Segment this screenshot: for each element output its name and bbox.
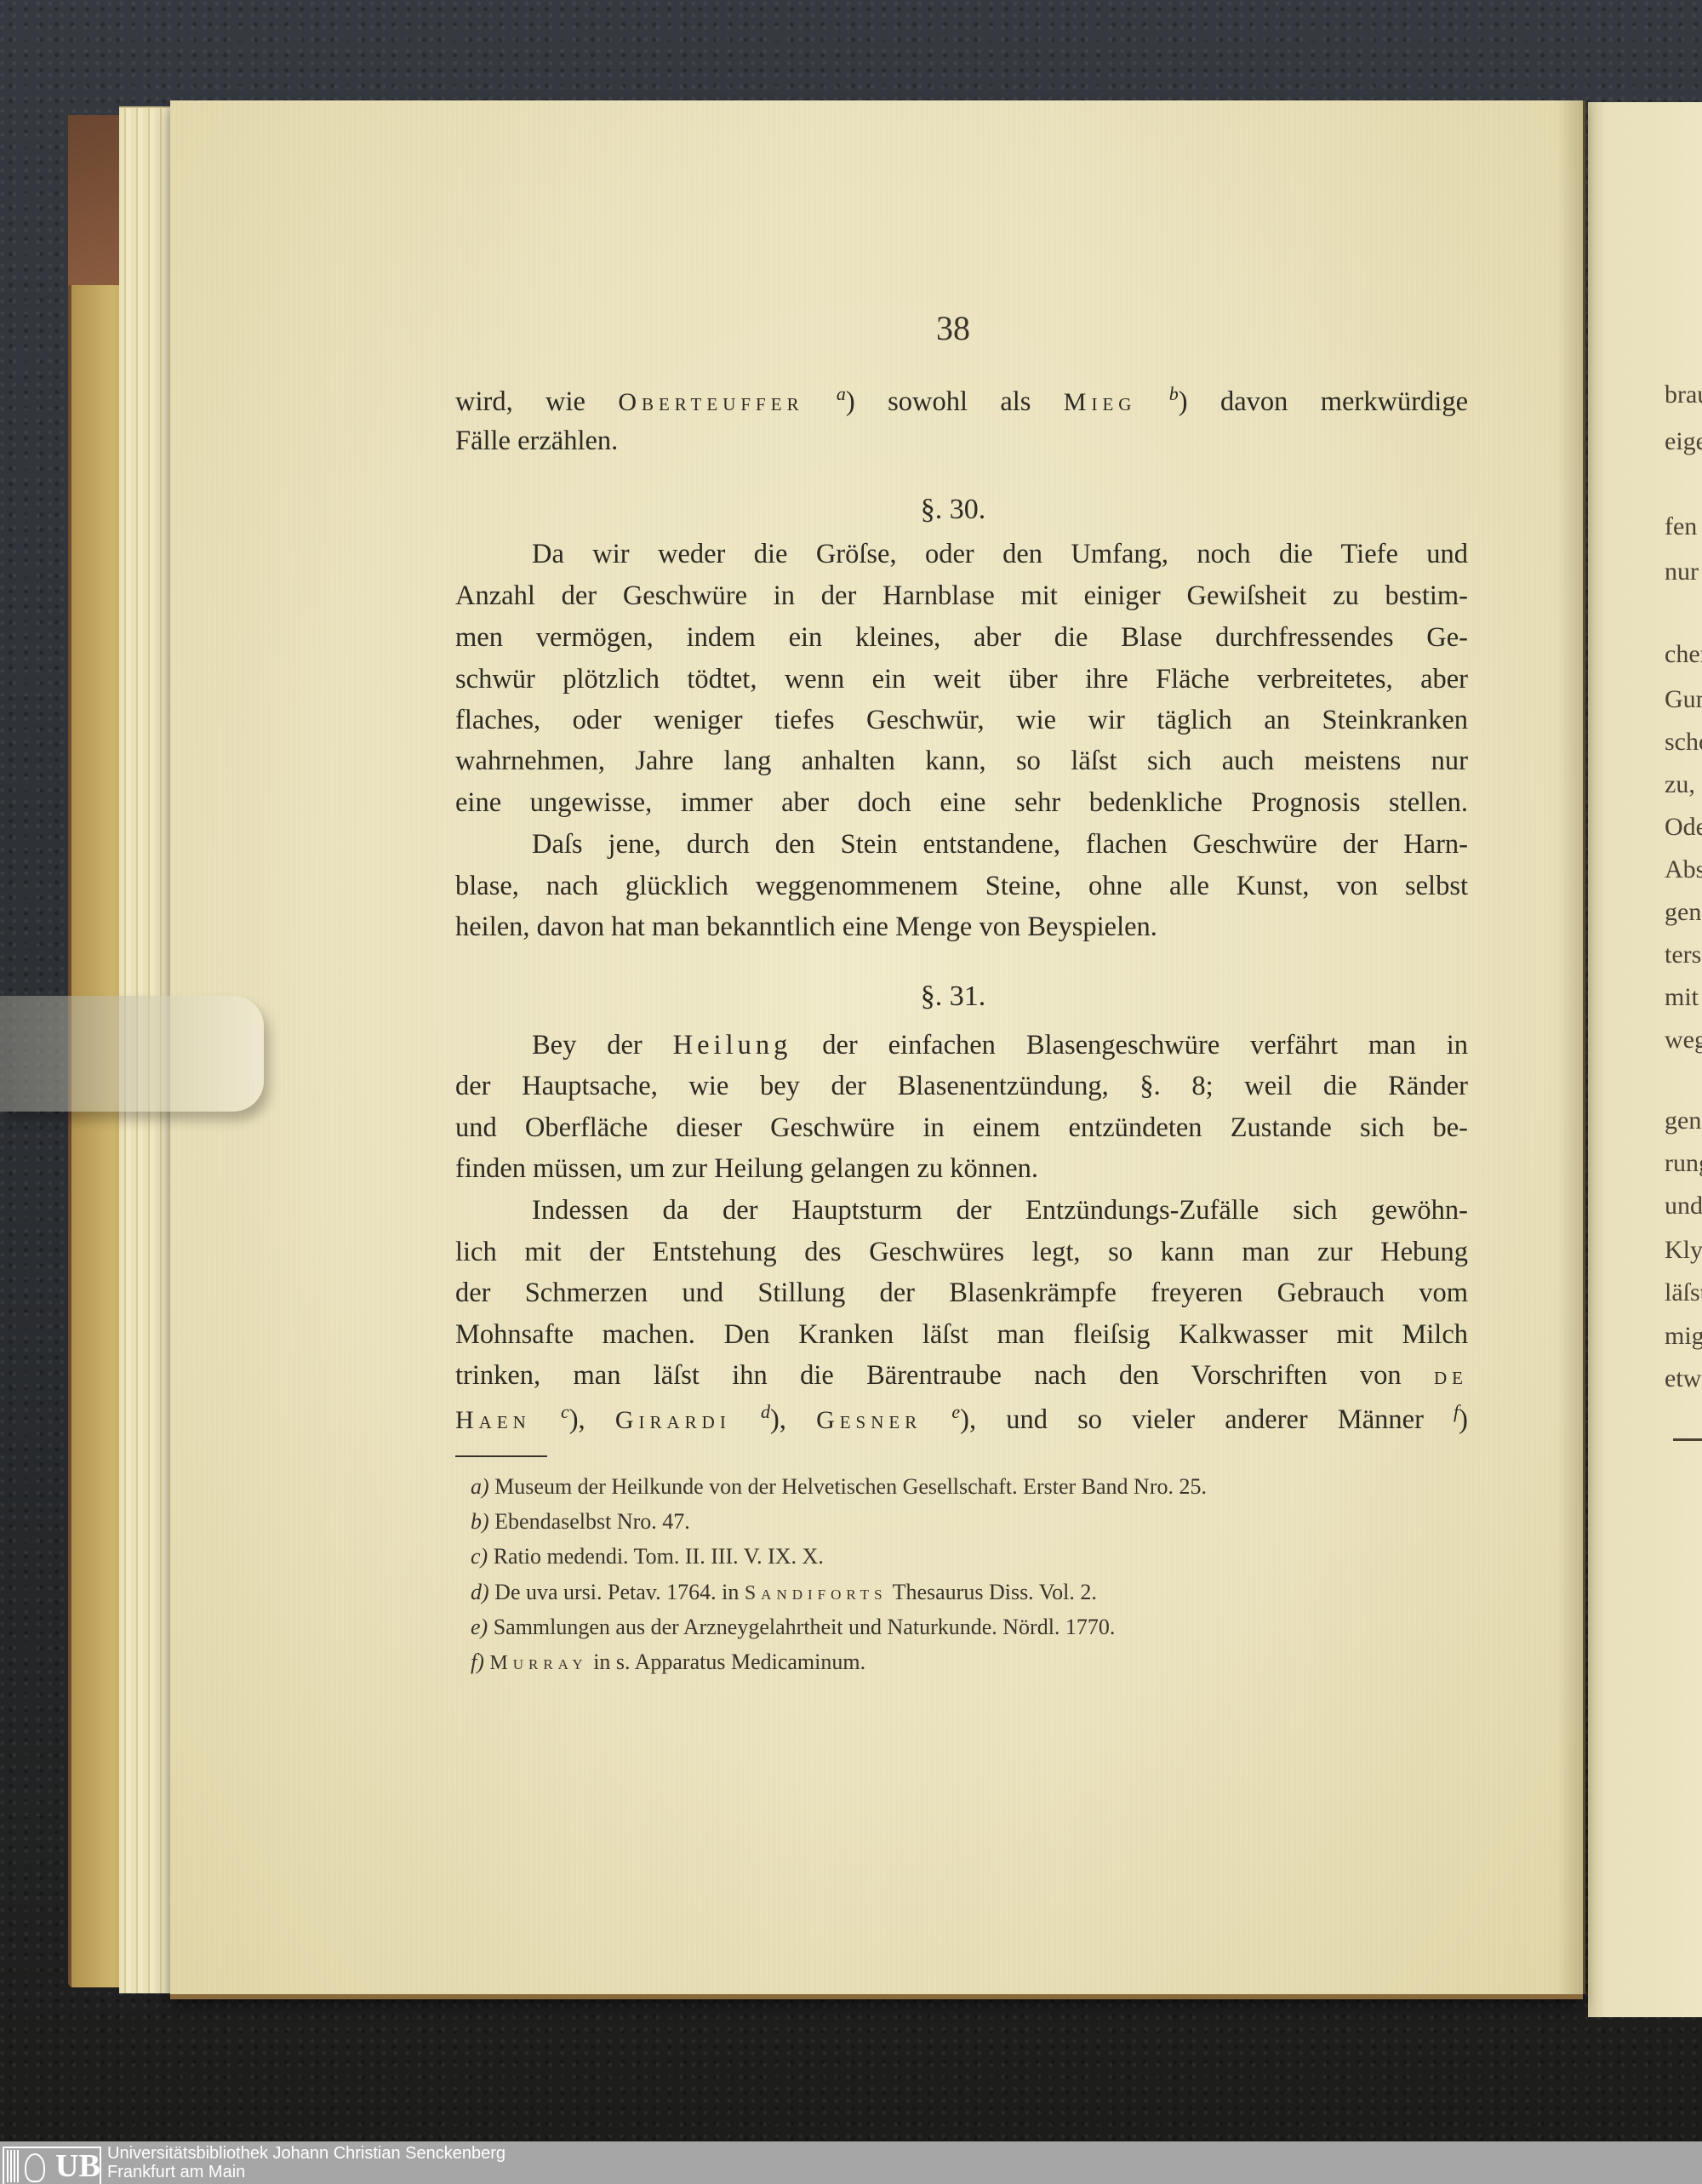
text-line: Indessen da der Hauptsturm der Entzündun… [455,1197,1468,1225]
text-line: Mohnsafte machen. Den Kranken läſst man … [455,1321,1468,1349]
footer-bar: UB Universitätsbibliothek Johann Christi… [0,2141,1702,2184]
text-line: wird, wie Oberteuffer a) sowohl als Mieg… [455,385,1468,415]
institution-line: Universitätsbibliothek Johann Christian … [107,2144,505,2163]
author-name: Gesner [816,1406,922,1434]
footnote-rule [455,1455,547,1457]
facing-page-text-fragment: brauc [1665,380,1702,409]
footnote-c: c) Ratio medendi. Tom. II. III. V. IX. X… [471,1544,824,1569]
library-logo[interactable]: UB [3,2147,101,2184]
facing-page: brauceigenfen lnurchendGumvschozu,OdeAbs… [1588,102,1702,2017]
text-line: flaches, oder weniger tiefes Geschwür, w… [455,706,1468,735]
text-line: der Hauptsache, wie bey der Blasenentzün… [455,1072,1468,1101]
facing-page-text-fragment: rung [1665,1149,1702,1178]
facing-page-text-fragment: chend [1665,640,1702,669]
author-name: Oberteuffer [618,388,803,416]
text-line: trinken, man läſst ihn die Bärentraube n… [455,1362,1468,1390]
author-name: Haen [455,1406,531,1434]
logo-text: UB [55,2148,100,2184]
portrait-icon [25,2153,45,2182]
facing-page-text-fragment: wegl [1665,1026,1702,1055]
text-line: blase, nach glücklich weggenommenem Stei… [455,872,1468,900]
text-line: finden müssen, um zur Heilung gelangen z… [455,1155,1468,1183]
facing-page-text-fragment: gen [1665,898,1701,927]
text-line: wahrnehmen, Jahre lang anhalten kann, so… [455,747,1468,775]
facing-page-text-fragment: eigen [1665,427,1702,456]
author-name: Sandiforts [745,1582,888,1604]
text-line: Fälle erzählen. [455,427,1468,455]
footnote-b: b) Ebendaselbst Nro. 47. [471,1509,690,1535]
facing-page-text-fragment: scho [1665,728,1702,757]
author-name: Mieg [1064,388,1137,416]
facing-page-text-fragment: mig [1665,1322,1702,1351]
text-line: der Schmerzen und Stillung der Blasenkrä… [455,1279,1468,1307]
text-line: Daſs jene, durch den Stein entstandene, … [455,831,1468,859]
text-line: Bey der Heilung der einfachen Blasengesc… [455,1032,1468,1060]
text-line: heilen, davon hat man bekanntlich eine M… [455,913,1468,941]
text-line: eine ungewisse, immer aber doch eine seh… [455,789,1468,817]
facing-page-text-fragment: etw [1665,1364,1701,1393]
footnote-e: e) Sammlungen aus der Arzneygelahrtheit … [471,1615,1115,1640]
facing-page-text-fragment: Gumv [1665,685,1702,714]
facing-page-text-fragment: Absu [1665,855,1702,884]
page-number: 38 [936,308,970,348]
facing-page-text-fragment: ters [1665,940,1701,969]
text-line: schwür plötzlich tödtet, wenn ein weit ü… [455,666,1468,694]
footnote-f: f) Murray in s. Apparatus Medicaminum. [471,1649,865,1675]
text-line: men vermögen, indem ein kleines, aber di… [455,624,1468,652]
facing-page-text-fragment: nur [1665,557,1699,586]
page-clip [0,996,264,1112]
text-line: Haen c), Girardi d), Gesner e), und so v… [455,1403,1468,1433]
facing-page-text-fragment: Ode [1665,813,1702,842]
logo-columns-icon [7,2150,19,2182]
section-heading-31: §. 31. [851,981,1055,1013]
section-heading-30: §. 30. [851,494,1055,526]
page-gutter [1557,100,1583,1994]
facing-page-text-fragment: gen [1665,1106,1701,1135]
text-line: lich mit der Entstehung des Geschwüres l… [455,1238,1468,1266]
institution-city: Frankfurt am Main [107,2163,505,2181]
author-name: Girardi [615,1406,731,1434]
footnote-d: d) De uva ursi. Petav. 1764. in Sandifor… [471,1580,1097,1605]
facing-page-text-fragment: und [1665,1192,1702,1221]
facing-page-rule [1673,1438,1702,1441]
facing-page-text-fragment: läſst [1665,1278,1702,1307]
author-name: de [1434,1362,1468,1390]
institution-name[interactable]: Universitätsbibliothek Johann Christian … [107,2144,505,2181]
text-line: und Oberfläche dieser Geschwüre in einem… [455,1114,1468,1142]
page-edge [1583,100,1585,1994]
facing-page-text-fragment: zu, [1665,770,1695,799]
facing-page-text-fragment: mit [1665,983,1699,1012]
facing-page-text-fragment: fen l [1665,512,1702,541]
facing-page-text-fragment: Klys [1665,1236,1702,1265]
text-line: Da wir weder die Gröſse, oder den Umfang… [455,540,1468,569]
footnote-a: a) Museum der Heilkunde von der Helvetis… [471,1474,1207,1500]
author-name: Murray [489,1652,587,1674]
text-line: Anzahl der Geschwüre in der Harnblase mi… [455,582,1468,610]
emphasis: Heilung [673,1030,792,1061]
